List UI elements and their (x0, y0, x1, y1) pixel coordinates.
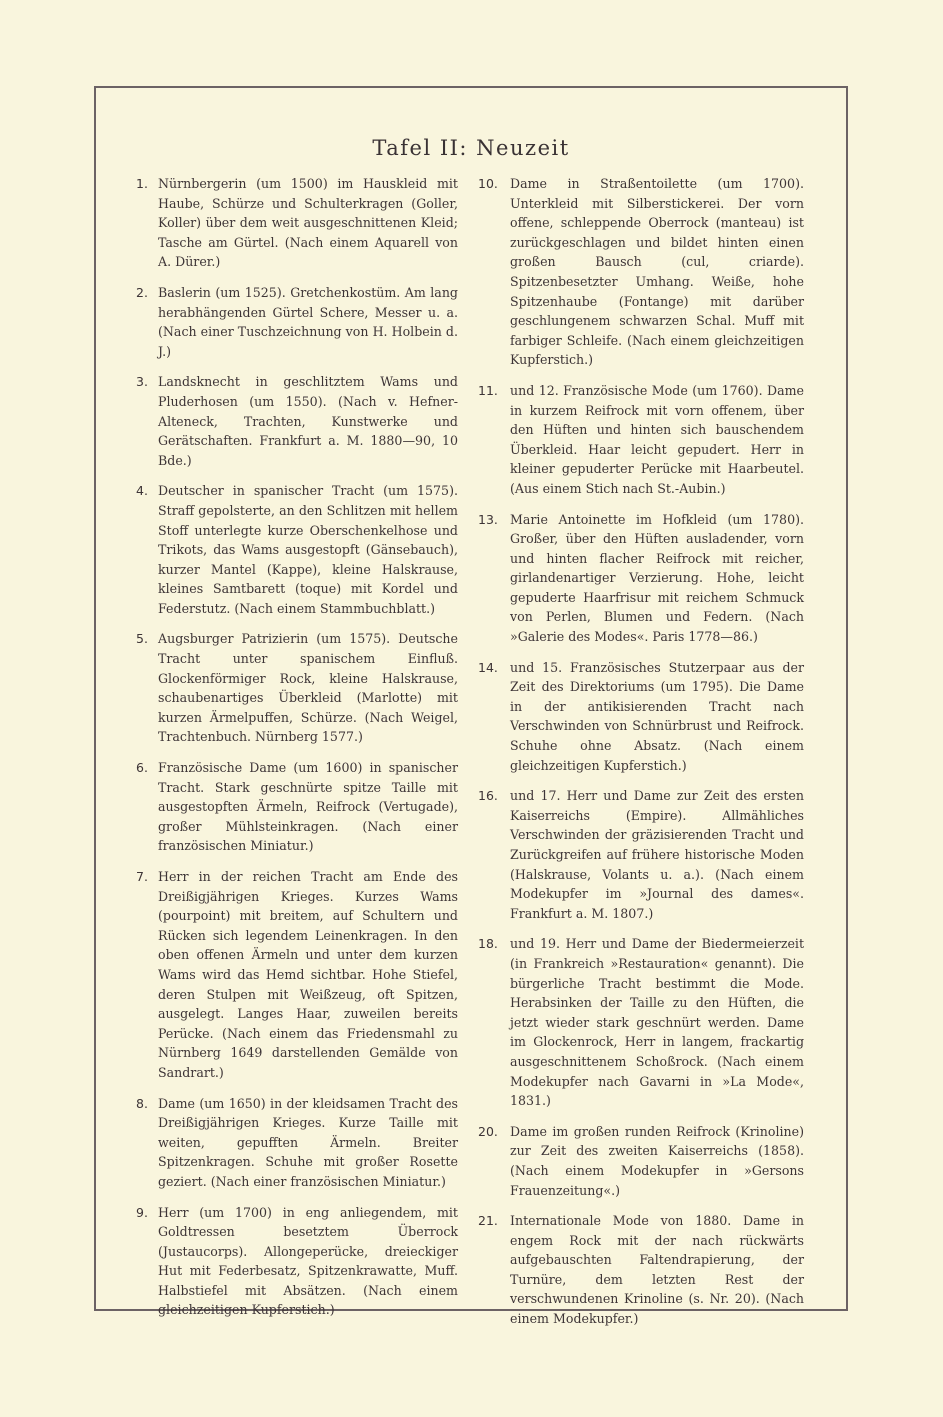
plate-entry-14-15: 14. und 15. Französisches Stutzerpaar au… (482, 658, 804, 776)
entry-number: 21. (478, 1211, 498, 1231)
entry-text: Nürnbergerin (um 1500) im Hauskleid mit … (158, 174, 458, 272)
page-title: Tafel II: Neuzeit (96, 136, 846, 160)
entry-text: Herr (um 1700) in eng anliegendem, mit G… (158, 1203, 458, 1321)
entry-number: 20. (478, 1122, 498, 1142)
entry-text: Dame in Straßentoilette (um 1700). Unter… (510, 174, 804, 370)
entry-number: 11. (478, 381, 498, 401)
entry-text: und 15. Französisches Stutzerpaar aus de… (510, 658, 804, 776)
entry-number: 5. (136, 629, 148, 649)
entry-text: Französische Dame (um 1600) in spanische… (158, 758, 458, 856)
entry-number: 4. (136, 481, 148, 501)
plate-entry-3: 3. Landsknecht in geschlitztem Wams und … (136, 372, 458, 470)
plate-entry-20: 20. Dame im großen runden Reifrock (Krin… (482, 1122, 804, 1200)
plate-entry-2: 2. Baslerin (um 1525). Gretchenkostüm. A… (136, 283, 458, 361)
entry-text: und 19. Herr und Dame der Biedermeierzei… (510, 934, 804, 1110)
entry-text: Dame im großen runden Reifrock (Krinolin… (510, 1122, 804, 1200)
plate-entry-10: 10. Dame in Straßentoilette (um 1700). U… (482, 174, 804, 370)
entry-number: 6. (136, 758, 148, 778)
entry-number: 8. (136, 1094, 148, 1114)
plate-entry-1: 1. Nürnbergerin (um 1500) im Hauskleid m… (136, 174, 458, 272)
plate-entry-13: 13. Marie Antoinette im Hofkleid (um 178… (482, 510, 804, 647)
entry-text: und 17. Herr und Dame zur Zeit des erste… (510, 786, 804, 923)
entry-text: und 12. Französische Mode (um 1760). Dam… (510, 381, 804, 499)
entry-number: 14. (478, 658, 498, 678)
plate-entry-5: 5. Augsburger Patrizierin (um 1575). Deu… (136, 629, 458, 747)
left-column: 1. Nürnbergerin (um 1500) im Hauskleid m… (136, 174, 458, 1320)
page-frame: Tafel II: Neuzeit 1. Nürnbergerin (um 15… (94, 86, 848, 1311)
entry-number: 3. (136, 372, 148, 392)
entry-text: Dame (um 1650) in der kleidsamen Tracht … (158, 1094, 458, 1192)
entry-text: Marie Antoinette im Hofkleid (um 1780). … (510, 510, 804, 647)
entry-number: 18. (478, 934, 498, 954)
plate-entry-18-19: 18. und 19. Herr und Dame der Biedermeie… (482, 934, 804, 1110)
plate-entry-21: 21. Internationale Mode von 1880. Dame i… (482, 1211, 804, 1329)
entry-number: 13. (478, 510, 498, 530)
plate-entry-16-17: 16. und 17. Herr und Dame zur Zeit des e… (482, 786, 804, 923)
entry-text: Deutscher in spanischer Tracht (um 1575)… (158, 481, 458, 618)
entry-number: 9. (136, 1203, 148, 1223)
plate-entry-6: 6. Französische Dame (um 1600) in spanis… (136, 758, 458, 856)
plate-entry-9: 9. Herr (um 1700) in eng anliegendem, mi… (136, 1203, 458, 1321)
entry-text: Internationale Mode von 1880. Dame in en… (510, 1211, 804, 1329)
right-column: 10. Dame in Straßentoilette (um 1700). U… (482, 174, 804, 1329)
entry-text: Baslerin (um 1525). Gretchenkostüm. Am l… (158, 283, 458, 361)
entry-number: 16. (478, 786, 498, 806)
entry-number: 7. (136, 867, 148, 887)
entry-text: Landsknecht in geschlitztem Wams und Plu… (158, 372, 458, 470)
plate-entry-4: 4. Deutscher in spanischer Tracht (um 15… (136, 481, 458, 618)
entry-number: 10. (478, 174, 498, 194)
plate-entry-11-12: 11. und 12. Französische Mode (um 1760).… (482, 381, 804, 499)
entry-number: 2. (136, 283, 148, 303)
entry-number: 1. (136, 174, 148, 194)
entry-text: Herr in der reichen Tracht am Ende des D… (158, 867, 458, 1083)
plate-entry-7: 7. Herr in der reichen Tracht am Ende de… (136, 867, 458, 1083)
entry-text: Augsburger Patrizierin (um 1575). Deutsc… (158, 629, 458, 747)
plate-entry-8: 8. Dame (um 1650) in der kleidsamen Trac… (136, 1094, 458, 1192)
